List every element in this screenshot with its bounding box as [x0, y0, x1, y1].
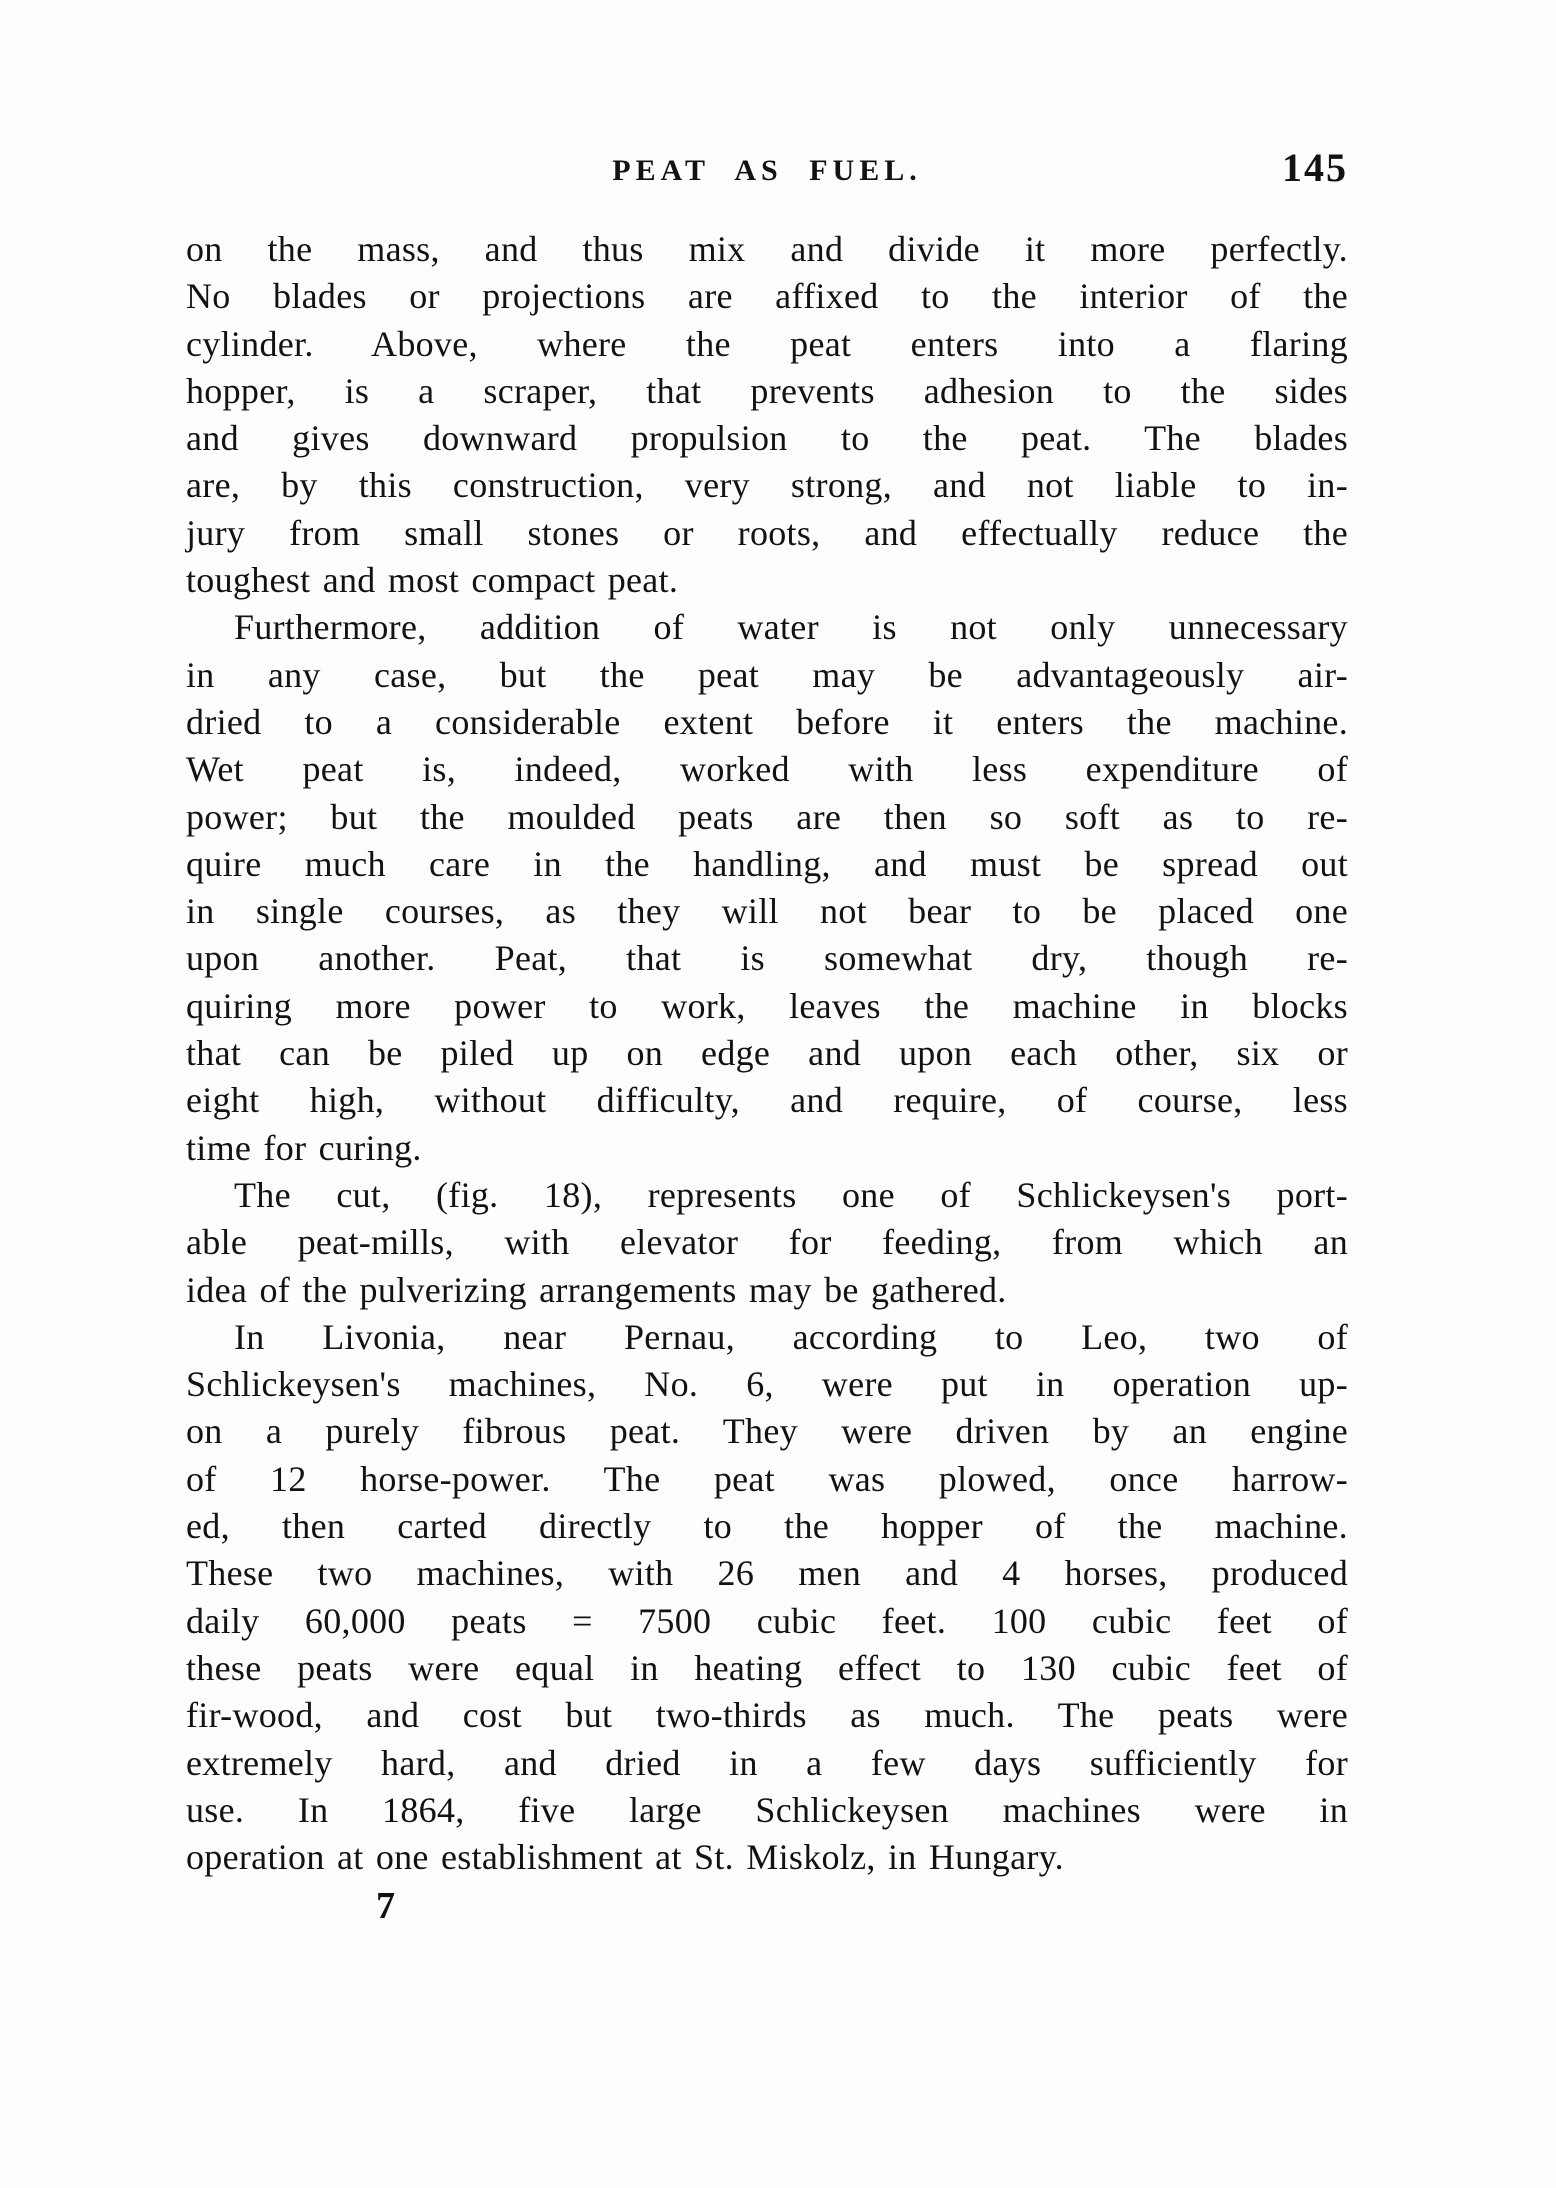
text-line: In Livonia, near Pernau, according to Le… [186, 1314, 1348, 1361]
paragraph: on the mass, and thus mix and divide it … [186, 226, 1348, 604]
text-line: and gives downward propulsion to the pea… [186, 415, 1348, 462]
text-line: that can be piled up on edge and upon ea… [186, 1030, 1348, 1077]
text-line: jury from small stones or roots, and eff… [186, 510, 1348, 557]
text-line: cylinder. Above, where the peat enters i… [186, 321, 1348, 368]
text-line: fir-wood, and cost but two-thirds as muc… [186, 1692, 1348, 1739]
text-line: power; but the moulded peats are then so… [186, 794, 1348, 841]
text-line: The cut, (fig. 18), represents one of Sc… [186, 1172, 1348, 1219]
text-line: upon another. Peat, that is somewhat dry… [186, 935, 1348, 982]
text-line: ed, then carted directly to the hopper o… [186, 1503, 1348, 1550]
text-line: quiring more power to work, leaves the m… [186, 983, 1348, 1030]
text-line: extremely hard, and dried in a few days … [186, 1740, 1348, 1787]
signature-mark: 7 [376, 1884, 395, 1928]
body-text: on the mass, and thus mix and divide it … [186, 226, 1348, 1881]
text-line: hopper, is a scraper, that prevents adhe… [186, 368, 1348, 415]
running-header: PEAT AS FUEL. 145 [186, 148, 1348, 196]
paragraph: In Livonia, near Pernau, according to Le… [186, 1314, 1348, 1882]
paragraph: The cut, (fig. 18), represents one of Sc… [186, 1172, 1348, 1314]
text-line: toughest and most compact peat. [186, 557, 1348, 604]
text-line: quire much care in the handling, and mus… [186, 841, 1348, 888]
text-line: eight high, without difficulty, and requ… [186, 1077, 1348, 1124]
text-line: Schlickeysen's machines, No. 6, were put… [186, 1361, 1348, 1408]
paragraph: Furthermore, addition of water is not on… [186, 604, 1348, 1172]
page-number: 145 [1282, 144, 1348, 191]
text-line: dried to a considerable extent before it… [186, 699, 1348, 746]
text-line: in single courses, as they will not bear… [186, 888, 1348, 935]
text-line: in any case, but the peat may be advanta… [186, 652, 1348, 699]
text-line: These two machines, with 26 men and 4 ho… [186, 1550, 1348, 1597]
text-line: on a purely fibrous peat. They were driv… [186, 1408, 1348, 1455]
text-line: on the mass, and thus mix and divide it … [186, 226, 1348, 273]
text-line: Wet peat is, indeed, worked with less ex… [186, 746, 1348, 793]
text-line: use. In 1864, five large Schlickeysen ma… [186, 1787, 1348, 1834]
text-line: operation at one establishment at St. Mi… [186, 1834, 1348, 1881]
text-line: these peats were equal in heating effect… [186, 1645, 1348, 1692]
text-line: of 12 horse-power. The peat was plowed, … [186, 1456, 1348, 1503]
text-line: Furthermore, addition of water is not on… [186, 604, 1348, 651]
text-line: time for curing. [186, 1125, 1348, 1172]
book-page: PEAT AS FUEL. 145 on the mass, and thus … [0, 0, 1556, 2188]
page-title: PEAT AS FUEL. [186, 154, 1348, 188]
text-line: are, by this construction, very strong, … [186, 462, 1348, 509]
text-line: idea of the pulverizing arrangements may… [186, 1267, 1348, 1314]
text-line: No blades or projections are affixed to … [186, 273, 1348, 320]
text-line: able peat-mills, with elevator for feedi… [186, 1219, 1348, 1266]
text-line: daily 60,000 peats = 7500 cubic feet. 10… [186, 1598, 1348, 1645]
